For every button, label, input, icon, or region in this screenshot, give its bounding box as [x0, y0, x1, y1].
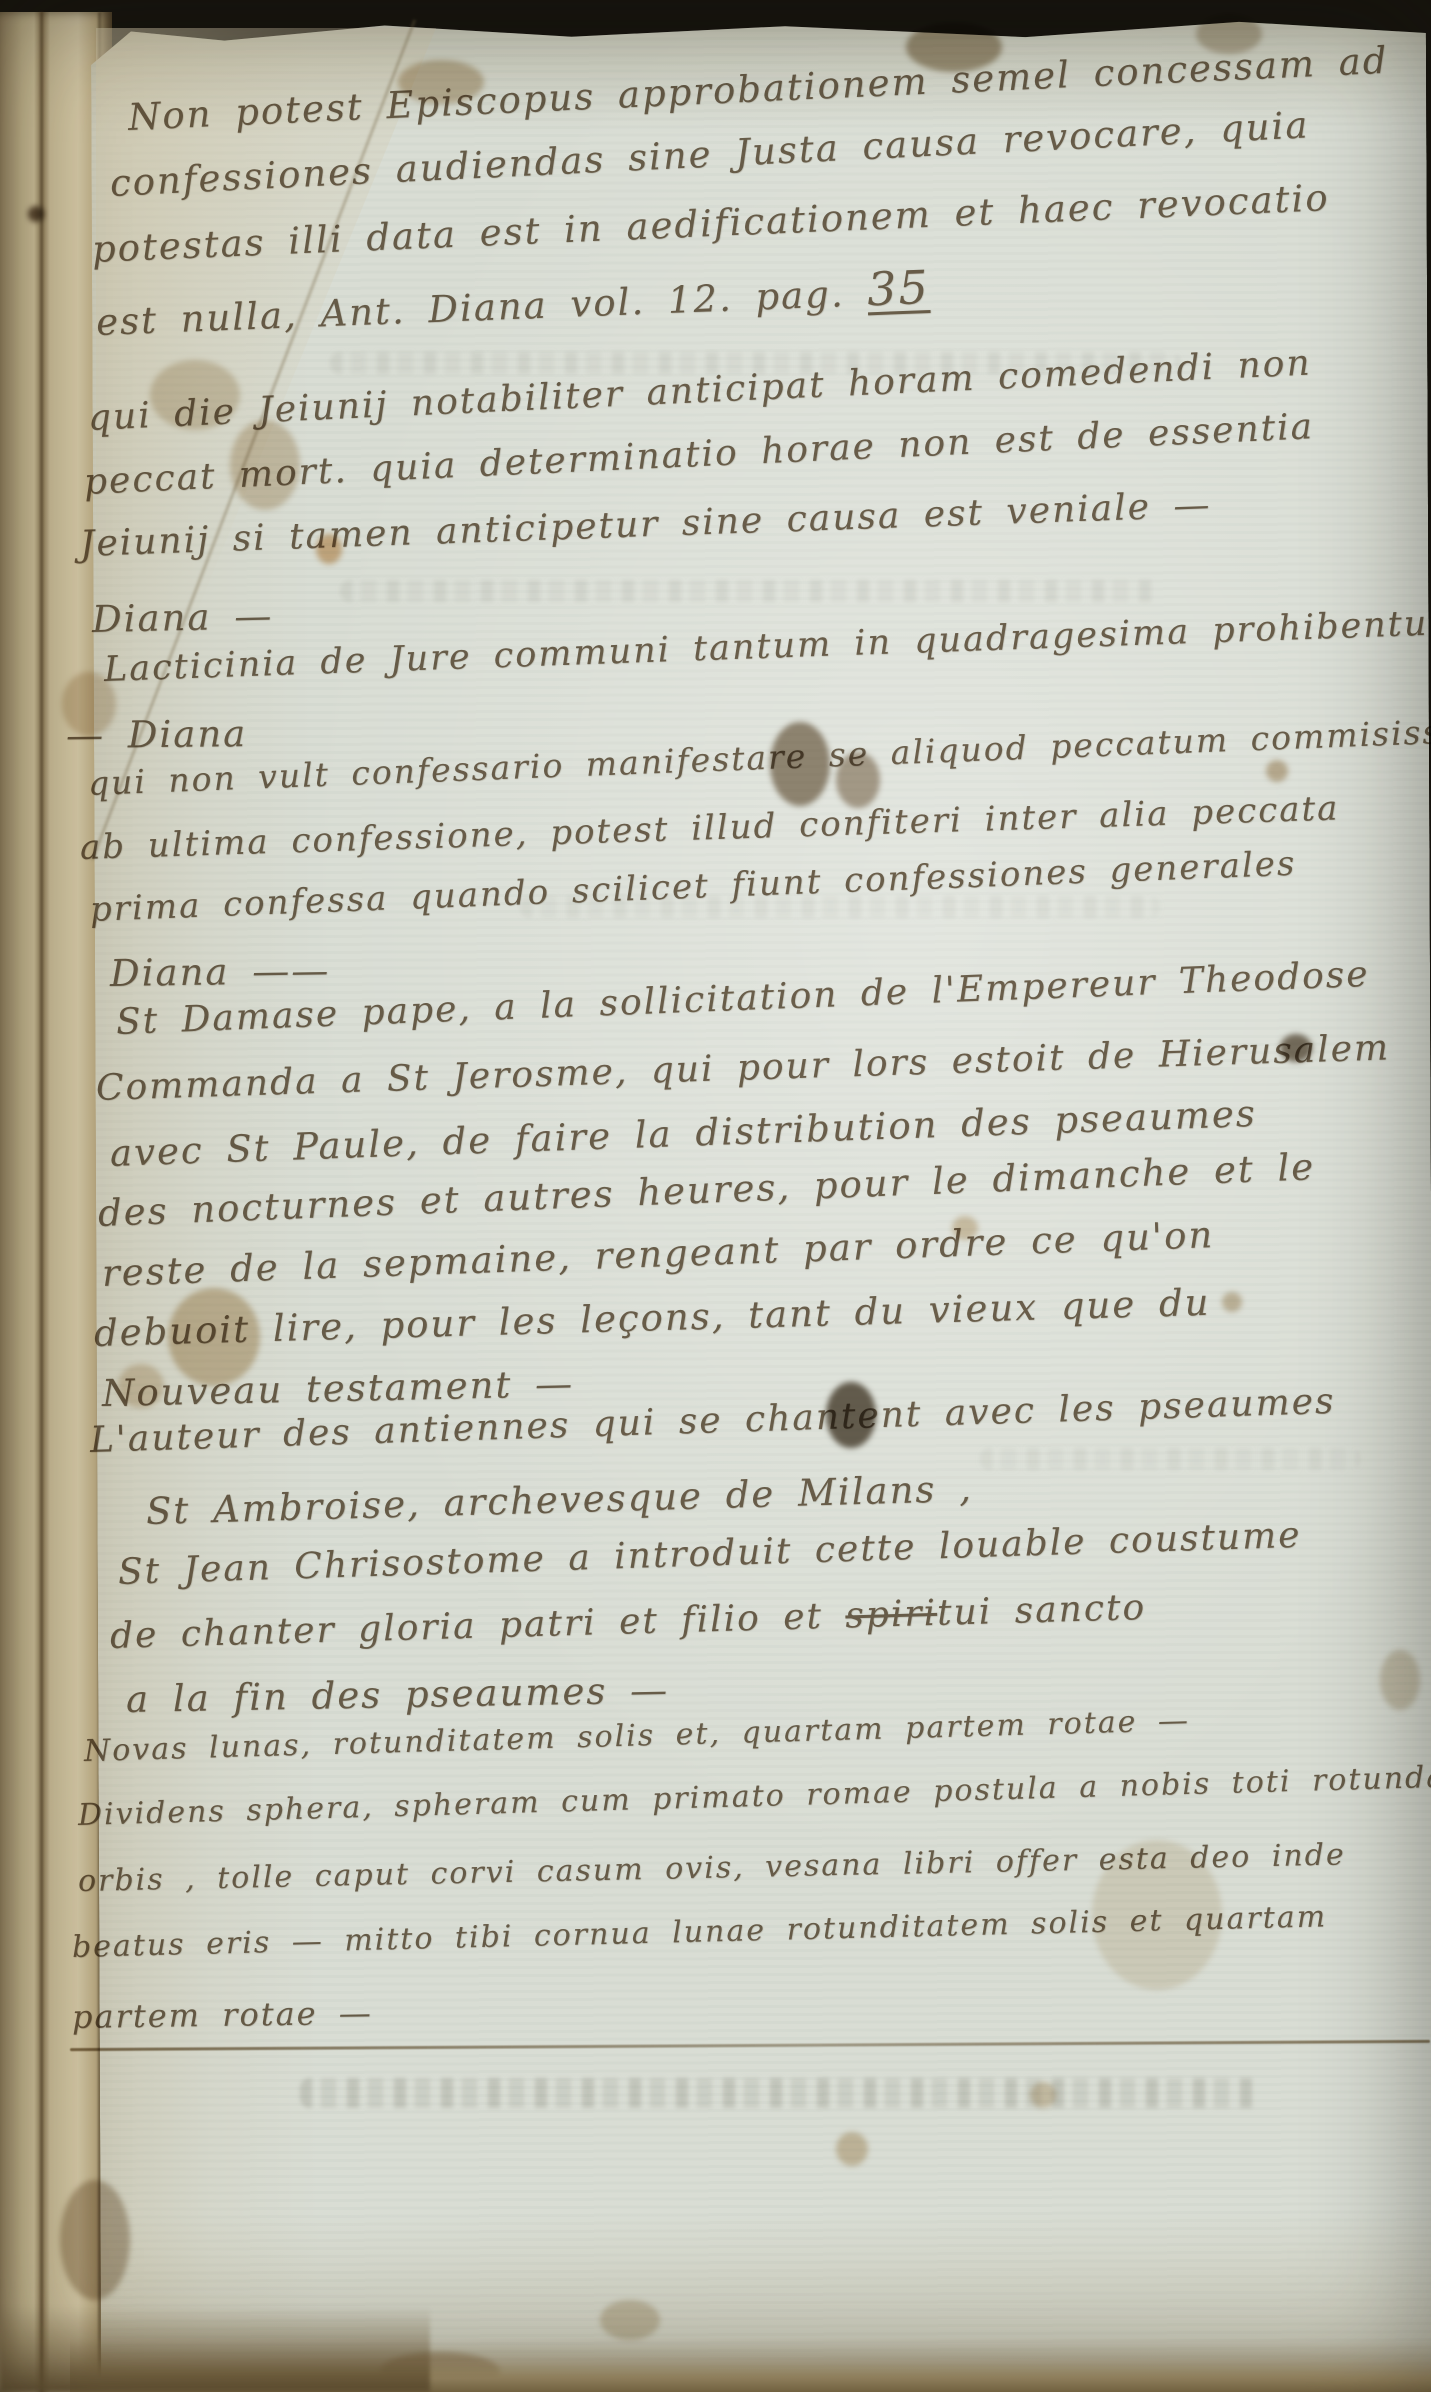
stain — [60, 2180, 130, 2300]
stain — [1266, 760, 1288, 782]
manuscript-line: Diana —— — [110, 949, 331, 995]
struck-word: spiri — [845, 1593, 938, 1637]
stain — [1222, 1292, 1242, 1312]
stain — [952, 1216, 978, 1240]
stain — [906, 22, 1002, 72]
stain — [600, 2300, 660, 2340]
stain — [230, 420, 300, 510]
stain — [398, 60, 484, 104]
page-reference-number: 35 — [866, 260, 931, 316]
ink-blot — [836, 752, 880, 808]
manuscript-photo: Non potest Episcopus approbationem semel… — [0, 0, 1431, 2392]
stain — [316, 534, 342, 564]
doxology-text-tail: tui sancto — [937, 1587, 1147, 1634]
ink-blot — [770, 722, 830, 806]
stain — [1196, 14, 1262, 54]
ink-blot — [1280, 1034, 1312, 1062]
stain — [118, 1364, 164, 1408]
stain — [168, 1288, 260, 1386]
stain — [836, 2132, 868, 2166]
stain — [28, 206, 44, 222]
ink-blot — [826, 1382, 876, 1448]
showthrough-text — [980, 1448, 1360, 1470]
manuscript-line: partem rotae — — [72, 1994, 373, 2036]
stain — [62, 672, 116, 736]
stain — [150, 360, 240, 430]
stain — [1030, 2082, 1056, 2108]
page-bottom-corner-shadow — [0, 2306, 430, 2392]
manuscript-line: Diana — — [92, 594, 274, 641]
showthrough-text — [340, 580, 1160, 602]
binding-crease — [40, 12, 43, 2392]
water-stain — [1092, 1840, 1222, 1990]
stain — [1380, 1650, 1420, 1710]
showthrough-text — [300, 2078, 1260, 2108]
